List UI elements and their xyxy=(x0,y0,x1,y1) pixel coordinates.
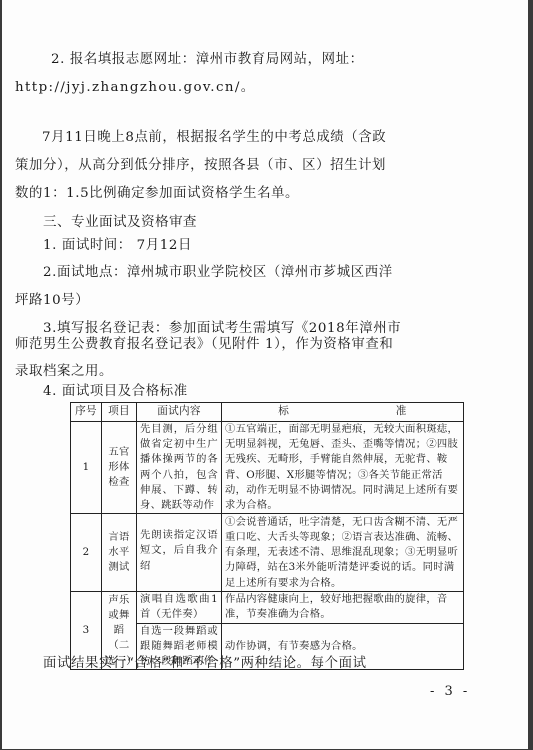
document-page: 2. 报名填报志愿网址：漳州市教育局网站，网址： http://jyj.zhan… xyxy=(2,0,528,749)
row-item: 言语水平测试 xyxy=(102,514,137,592)
closing-paragraph: 面试结果实行“合格”和“不合格”两种结论。每个面试 xyxy=(43,655,367,673)
interview-time: 1. 面试时间： 7月12日 xyxy=(43,237,192,255)
header-standard-1: 标 xyxy=(278,404,289,419)
row-content-vocal: 演唱自选歌曲1首（无伴奏） xyxy=(137,592,222,623)
row-no: 2 xyxy=(71,514,102,592)
row-standard: ①五官端正，面部无明显疤痕，无较大面积斑痣，无明显斜视，无兔唇、歪头、歪嘴等情况… xyxy=(222,422,464,514)
row-standard: ①会说普通话，吐字清楚，无口齿含糊不清、无严重口吃、大舌头等现象；②语言表达准确… xyxy=(222,514,464,592)
table-caption: 4. 面试项目及合格标准 xyxy=(43,383,188,401)
header-no: 序号 xyxy=(71,403,102,422)
registration-form-cont: 师范男生公费教育报名登记表》（见附件 1），作为资格审查和 xyxy=(15,336,393,354)
registration-form-end: 录取档案之用。 xyxy=(15,363,113,381)
page-number: - 3 - xyxy=(430,684,470,699)
row-item: 五官形体检查 xyxy=(102,422,137,514)
header-standard-2: 准 xyxy=(396,404,407,419)
row-no: 1 xyxy=(71,422,102,514)
table-header-row: 序号 项目 面试内容 标 准 xyxy=(71,403,464,422)
header-content: 面试内容 xyxy=(137,403,222,422)
paragraph-registration-url: 2. 报名填报志愿网址：漳州市教育局网站，网址： xyxy=(51,51,364,69)
table-row: 1 五官形体检查 先目测，后分组做省定初中生广播体操两节的各两个八拍，包含伸展、… xyxy=(71,422,464,514)
header-item: 项目 xyxy=(102,403,137,422)
table-row: 2 言语水平测试 先朗读指定汉语短文，后自我介绍 ①会说普通话，吐字清楚，无口齿… xyxy=(71,514,464,592)
interview-location-cont: 坪路10号） xyxy=(15,292,89,310)
table-row: 3 声乐或舞蹈（二选一） 演唱自选歌曲1首（无伴奏） 作品内容健康向上，较好地把… xyxy=(71,592,464,623)
section-heading: 三、专业面试及资格审查 xyxy=(43,213,197,231)
header-standard: 标 准 xyxy=(222,403,464,422)
row-content: 先朗读指定汉语短文，后自我介绍 xyxy=(137,514,222,592)
criteria-table: 序号 项目 面试内容 标 准 1 五官形体检查 先目测，后分组做省定初中生广播体… xyxy=(70,402,464,670)
paragraph-ratio: 数的1：1.5比例确定参加面试资格学生名单。 xyxy=(15,185,299,203)
paragraph-ranking: 7月11日晚上8点前，根据报名学生的中考总成绩（含政 xyxy=(42,129,386,147)
interview-location: 2.面试地点：漳州城市职业学院校区（漳州市芗城区西洋 xyxy=(43,264,393,282)
paragraph-ranking-cont: 策加分），从高分到低分排序，按照各县（市、区）招生计划 xyxy=(15,157,386,175)
row-content: 先目测，后分组做省定初中生广播体操两节的各两个八拍，包含伸展、下蹲、转身、跳跃等… xyxy=(137,422,222,514)
row-standard-vocal: 作品内容健康向上，较好地把握歌曲的旋律，音准，节奏准确为合格。 xyxy=(222,592,464,623)
url-text: http://jyj.zhangzhou.gov.cn/。 xyxy=(15,79,256,97)
